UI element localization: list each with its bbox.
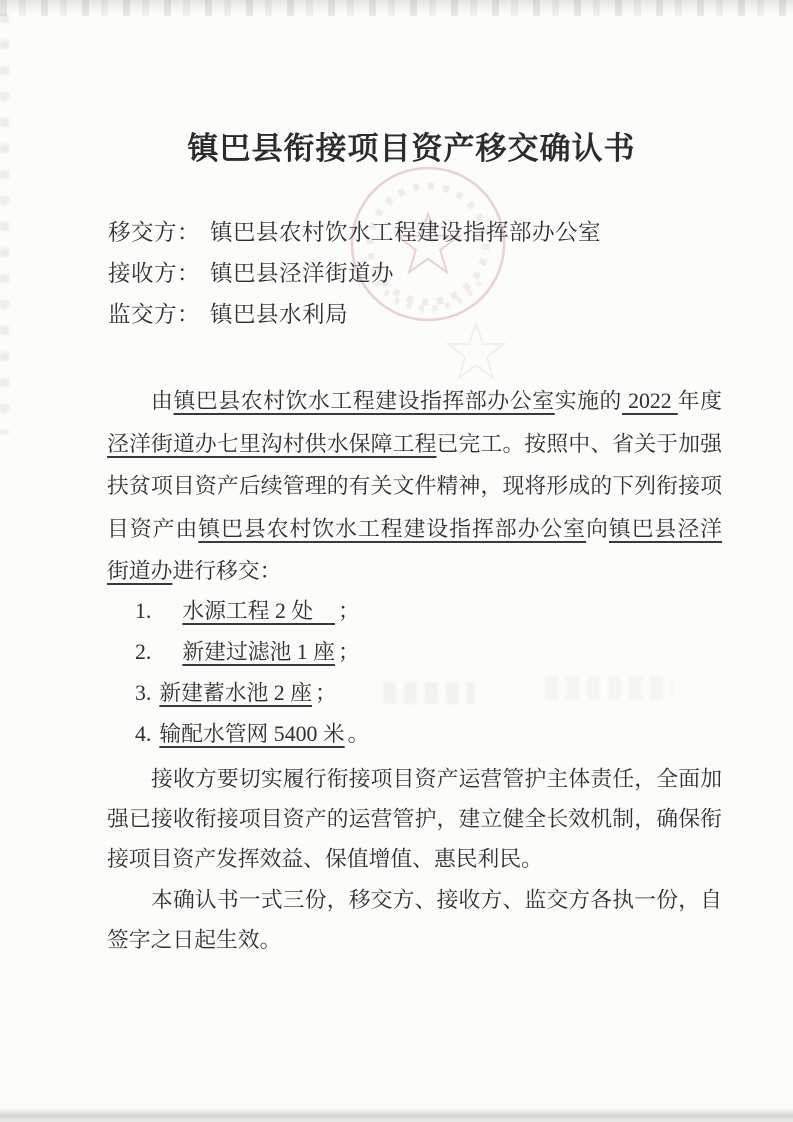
doc-line: 接收方要切实履行衔接项目资产运营管护主体责任，全面加 — [107, 759, 722, 799]
party-label: 接收方： — [108, 261, 200, 286]
list-item-text: 输配水管网 5400 米 — [159, 722, 344, 746]
underlined-text: 泾洋街道办七里沟村供水保障工程 — [107, 432, 437, 456]
body-paragraph-3: 本确认书一式三份，移交方、接收方、监交方各执一份，自签字之日起生效。 — [107, 880, 722, 960]
doc-line: 强已接收衔接项目资产的运营管护，建立健全长效机制，确保衔 — [107, 799, 722, 839]
asset-list: 1.水源工程 2 处 ；2.新建过滤池 1 座；3.新建蓄水池 2 座；4.输配… — [107, 591, 722, 755]
doc-line: 目资产由镇巴县农村饮水工程建设指挥部办公室向镇巴县泾洋 — [107, 508, 722, 551]
plain-text: 扶贫项目资产后续管理的有关文件精神，现将形成的下列衔接项 — [107, 474, 722, 498]
parties-block: 移交方：镇巴县农村饮水工程建设指挥部办公室接收方：镇巴县泾洋街道办监交方：镇巴县… — [108, 212, 728, 335]
list-item-punctuation: 。 — [348, 722, 370, 746]
underlined-text: 镇巴县农村饮水工程建设指挥部办公室 — [198, 517, 586, 541]
underlined-text: 街道办 — [107, 559, 172, 583]
plain-text: 本确认书一式三份，移交方、接收方、监交方各执一份，自 — [151, 888, 722, 912]
doc-line: 街道办进行移交： — [107, 550, 722, 593]
list-item-punctuation: ； — [338, 640, 360, 664]
scanner-shadow-bottom-edge — [0, 1108, 793, 1122]
plain-text: 接项目资产发挥效益、保值增值、惠民利民。 — [107, 847, 543, 871]
party-label: 监交方： — [108, 302, 200, 327]
party-row: 接收方：镇巴县泾洋街道办 — [108, 253, 728, 294]
underlined-text: 2022 — [622, 389, 678, 413]
party-row: 监交方：镇巴县水利局 — [108, 294, 728, 335]
body-paragraph-2: 接收方要切实履行衔接项目资产运营管护主体责任，全面加强已接收衔接项目资产的运营管… — [107, 759, 722, 879]
plain-text: 实施的 — [555, 389, 622, 413]
party-value: 镇巴县水利局 — [210, 302, 348, 327]
scanned-document-page: 镇巴县衔接项目资产移交确认书 移交方：镇巴县农村饮水工程建设指挥部办公室接收方：… — [0, 0, 793, 1122]
doc-line: 由镇巴县农村饮水工程建设指挥部办公室实施的 2022 年度 — [107, 380, 722, 423]
party-value: 镇巴县农村饮水工程建设指挥部办公室 — [210, 220, 601, 245]
list-item-punctuation: ； — [338, 599, 360, 623]
scanner-noise-left-edge — [0, 14, 9, 434]
list-item: 2.新建过滤池 1 座； — [135, 632, 722, 673]
list-item-number: 2. — [135, 632, 151, 673]
plain-text: 目资产由 — [107, 517, 198, 541]
list-item-text: 新建蓄水池 2 座 — [159, 681, 312, 705]
party-value: 镇巴县泾洋街道办 — [210, 261, 394, 286]
plain-text: 签字之日起生效。 — [107, 928, 281, 952]
list-item: 4.输配水管网 5400 米。 — [135, 714, 722, 755]
list-item-text: 水源工程 2 处 — [182, 599, 335, 623]
ghost-text-smudge — [383, 682, 475, 704]
plain-text: 强已接收衔接项目资产的运营管护，建立健全长效机制，确保衔 — [107, 807, 722, 831]
plain-text: 年度 — [678, 389, 722, 413]
plain-text: 接收方要切实履行衔接项目资产运营管护主体责任，全面加 — [151, 767, 722, 791]
list-item: 1.水源工程 2 处 ； — [135, 591, 722, 632]
body-paragraph-1: 由镇巴县农村饮水工程建设指挥部办公室实施的 2022 年度泾洋街道办七里沟村供水… — [107, 380, 722, 593]
list-item-text: 新建过滤池 1 座 — [182, 640, 335, 664]
list-item-punctuation: ； — [315, 681, 337, 705]
doc-line: 泾洋街道办七里沟村供水保障工程已完工。按照中、省关于加强 — [107, 423, 722, 466]
scanner-noise-top-edge — [0, 0, 793, 16]
underlined-text: 镇巴县农村饮水工程建设指挥部办公室 — [173, 389, 554, 413]
plain-text: 向 — [586, 517, 609, 541]
plain-text: 已完工。按照中、省关于加强 — [437, 432, 722, 456]
document-title: 镇巴县衔接项目资产移交确认书 — [0, 127, 793, 171]
party-row: 移交方：镇巴县农村饮水工程建设指挥部办公室 — [108, 212, 728, 253]
party-label: 移交方： — [108, 220, 200, 245]
doc-line: 签字之日起生效。 — [107, 920, 722, 960]
ghost-text-smudge — [545, 676, 673, 700]
doc-line: 扶贫项目资产后续管理的有关文件精神，现将形成的下列衔接项 — [107, 465, 722, 508]
doc-line: 接项目资产发挥效益、保值增值、惠民利民。 — [107, 839, 722, 879]
doc-line: 本确认书一式三份，移交方、接收方、监交方各执一份，自 — [107, 880, 722, 920]
plain-text: 进行移交： — [172, 559, 281, 583]
list-item-number: 3. — [135, 673, 151, 714]
plain-text: 由 — [151, 389, 173, 413]
list-item-number: 1. — [135, 591, 151, 632]
underlined-text: 镇巴县泾洋 — [609, 517, 722, 541]
list-item-number: 4. — [135, 714, 151, 755]
